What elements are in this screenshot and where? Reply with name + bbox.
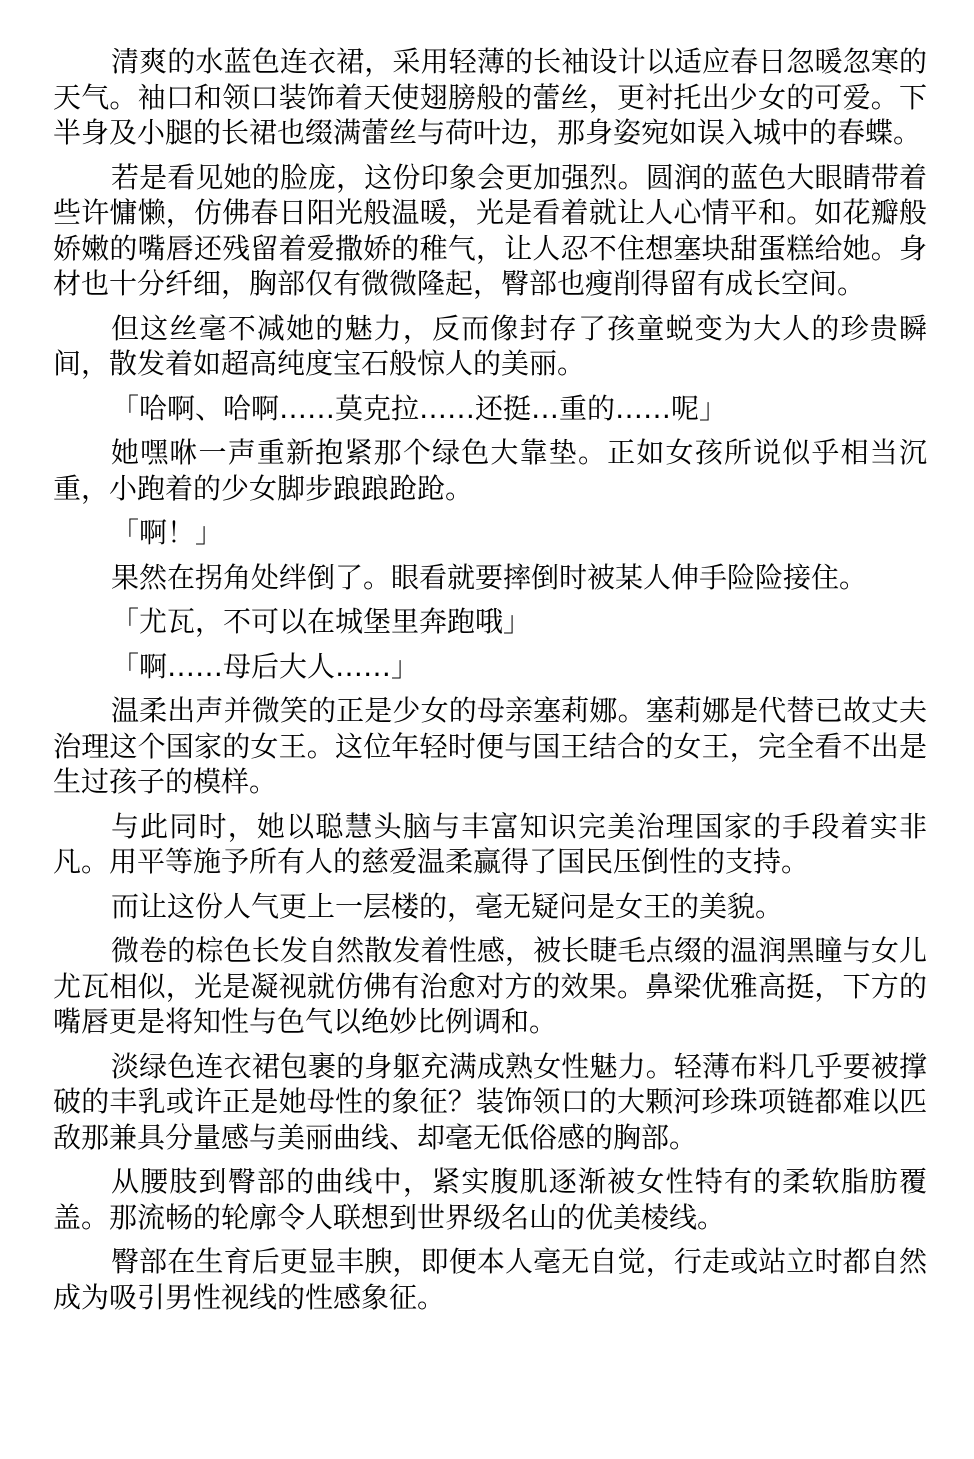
- paragraph-6: 温柔出声并微笑的正是少女的母亲塞莉娜。塞莉娜是代替已故丈夫治理这个国家的女王。这…: [53, 693, 927, 800]
- paragraph-1: 清爽的水蓝色连衣裙，采用轻薄的长袖设计以适应春日忽暖忽寒的天气。袖口和领口装饰着…: [53, 44, 927, 151]
- dialogue-line-1: 「哈啊、哈啊……莫克拉……还挺…重的……呢」: [53, 391, 927, 427]
- dialogue-line-3: 「尤瓦，不可以在城堡里奔跑哦」: [53, 604, 927, 640]
- paragraph-8: 而让这份人气更上一层楼的，毫无疑问是女王的美貌。: [53, 889, 927, 925]
- paragraph-3: 但这丝毫不减她的魅力，反而像封存了孩童蜕变为大人的珍贵瞬间，散发着如超高纯度宝石…: [53, 311, 927, 382]
- paragraph-2: 若是看见她的脸庞，这份印象会更加强烈。圆润的蓝色大眼睛带着些许慵懒，仿佛春日阳光…: [53, 160, 927, 302]
- paragraph-4: 她嘿咻一声重新抱紧那个绿色大靠垫。正如女孩所说似乎相当沉重，小跑着的少女脚步踉踉…: [53, 435, 927, 506]
- paragraph-9: 微卷的棕色长发自然散发着性感，被长睫毛点缀的温润黑瞳与女儿尤瓦相似，光是凝视就仿…: [53, 933, 927, 1040]
- dialogue-line-2: 「啊！」: [53, 515, 927, 551]
- paragraph-11: 从腰肢到臀部的曲线中，紧实腹肌逐渐被女性特有的柔软脂肪覆盖。那流畅的轮廓令人联想…: [53, 1164, 927, 1235]
- paragraph-12: 臀部在生育后更显丰腴，即便本人毫无自觉，行走或站立时都自然成为吸引男性视线的性感…: [53, 1244, 927, 1315]
- paragraph-5: 果然在拐角处绊倒了。眼看就要摔倒时被某人伸手险险接住。: [53, 560, 927, 596]
- document-page: 清爽的水蓝色连衣裙，采用轻薄的长袖设计以适应春日忽暖忽寒的天气。袖口和领口装饰着…: [53, 44, 927, 1324]
- dialogue-line-4: 「啊……母后大人……」: [53, 649, 927, 685]
- paragraph-7: 与此同时，她以聪慧头脑与丰富知识完美治理国家的手段着实非凡。用平等施予所有人的慈…: [53, 809, 927, 880]
- paragraph-10: 淡绿色连衣裙包裹的身躯充满成熟女性魅力。轻薄布料几乎要被撑破的丰乳或许正是她母性…: [53, 1049, 927, 1156]
